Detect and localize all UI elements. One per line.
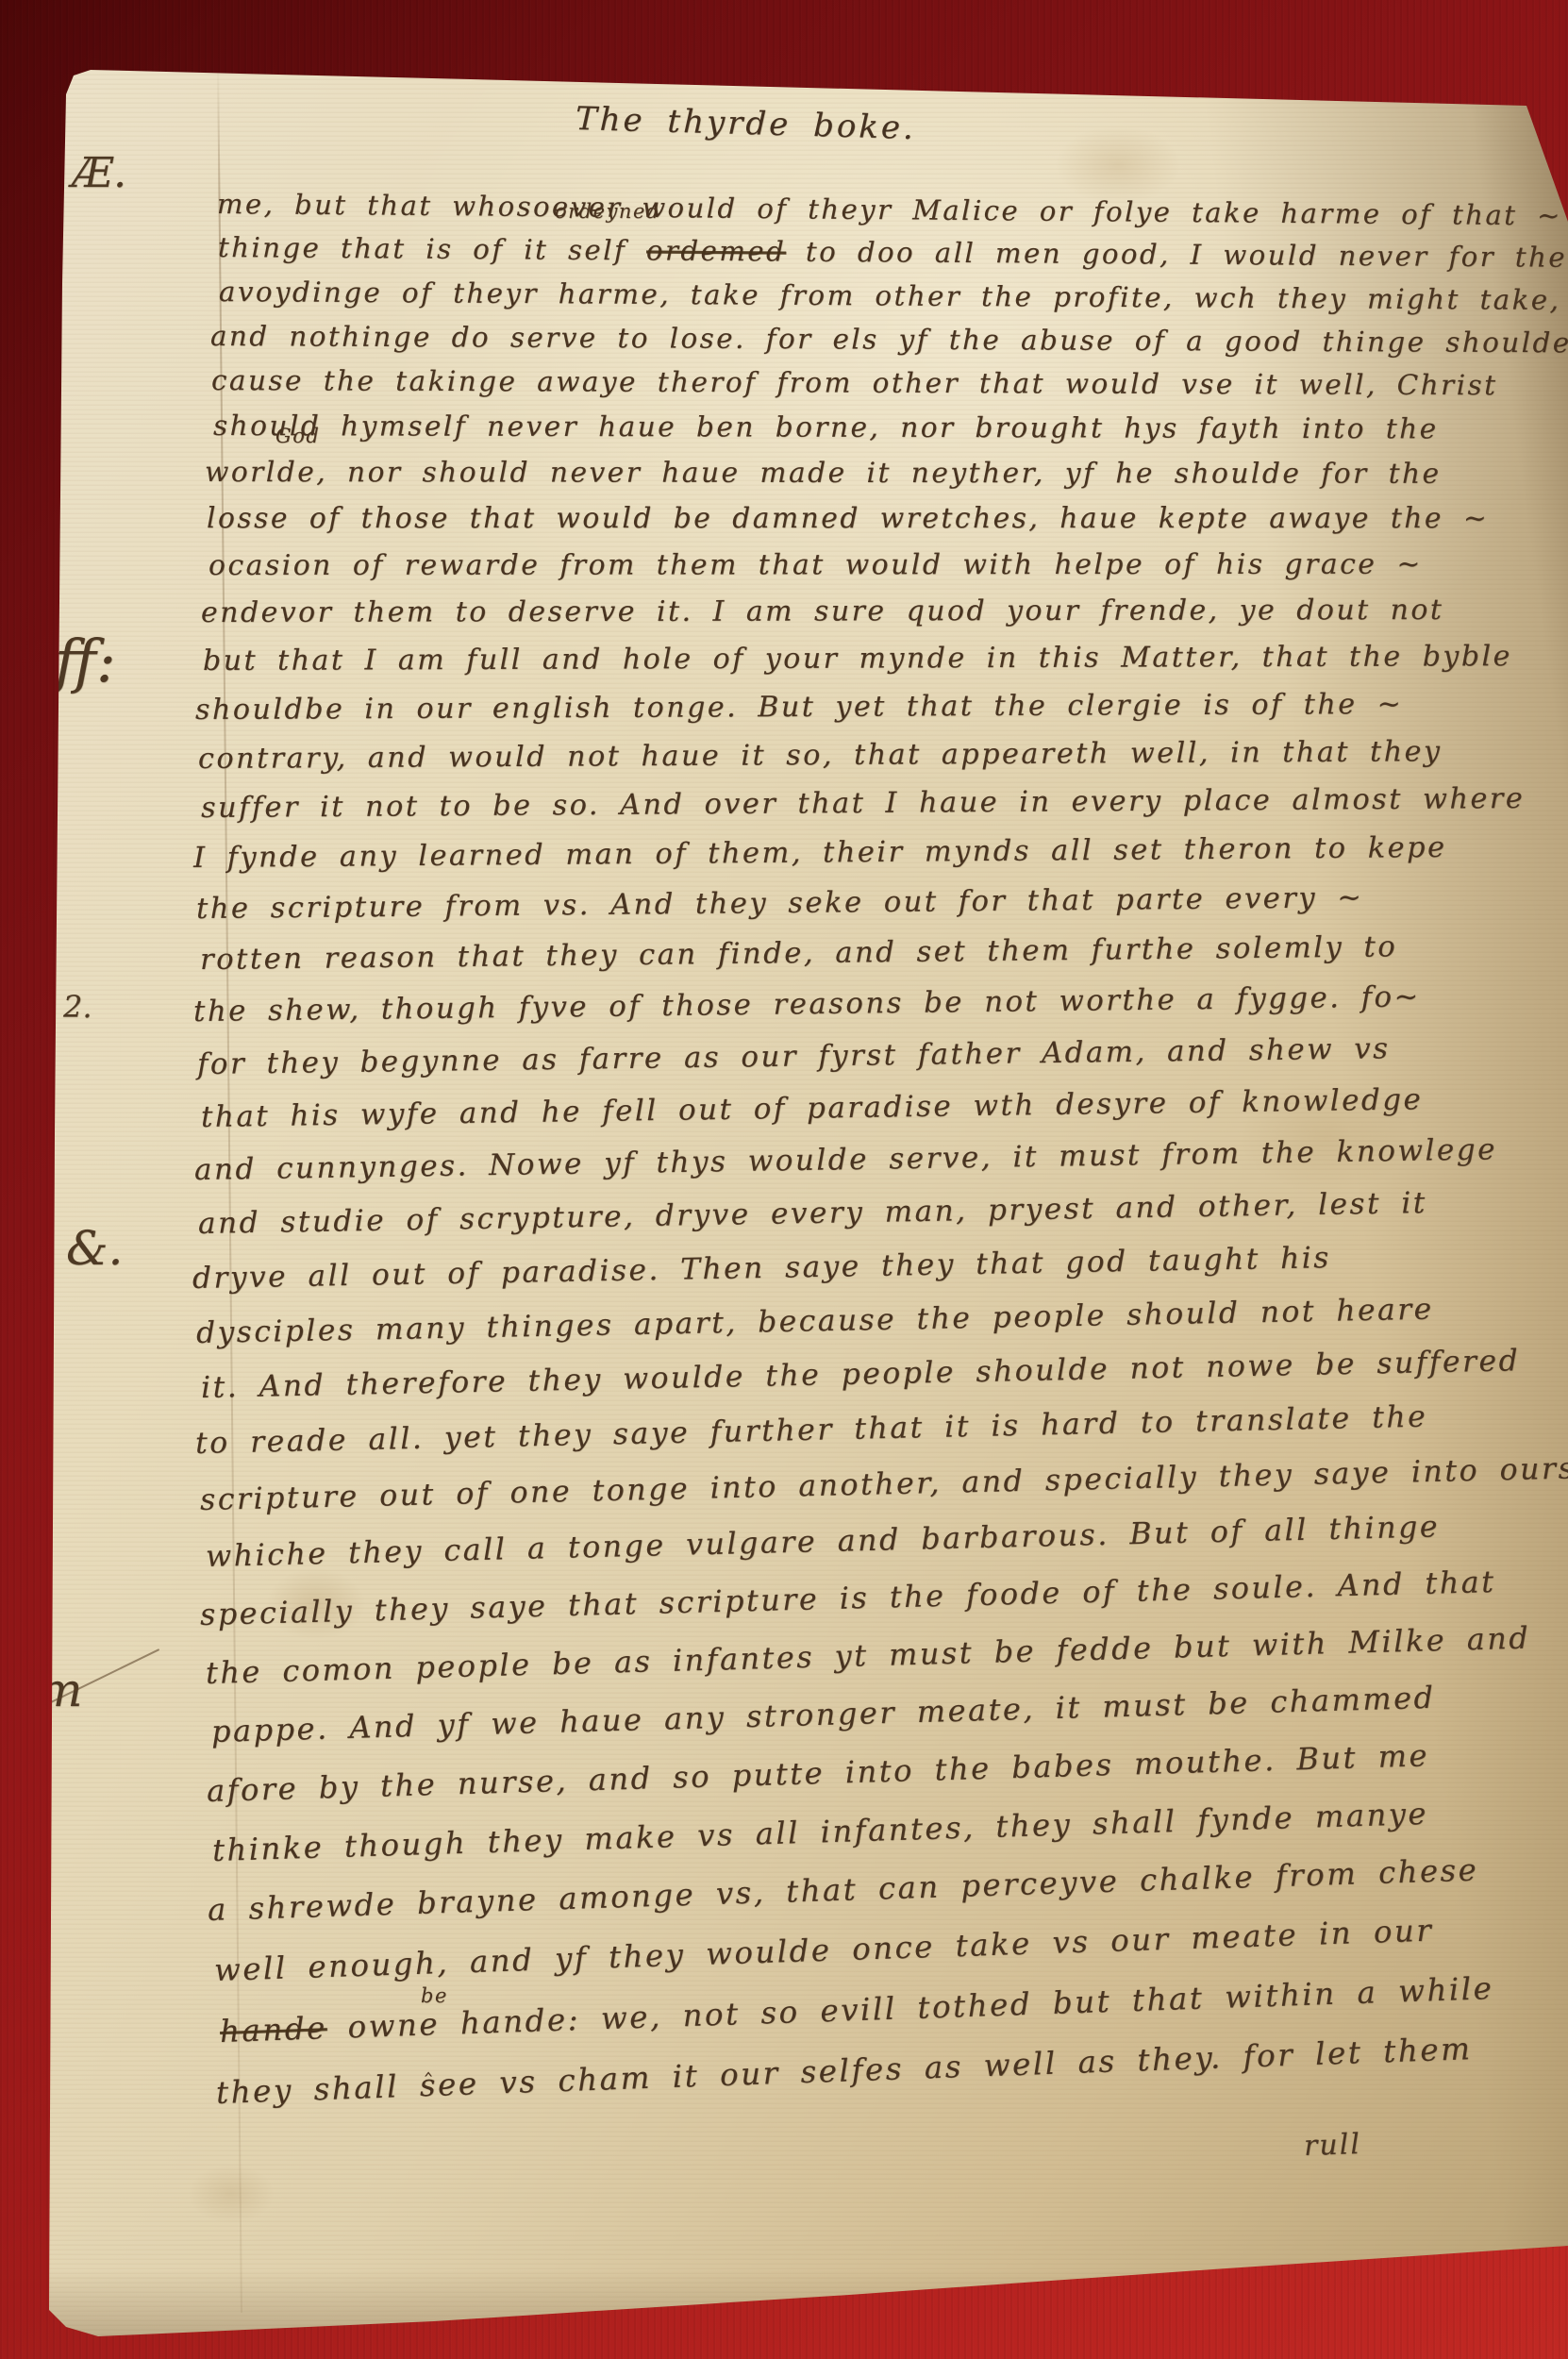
manuscript-line: to reade all. yet they saye further that… — [195, 1400, 1428, 1461]
manuscript-line: whiche they call a tonge vulgare and bar… — [205, 1511, 1440, 1575]
manuscript-line: losse of those that would be damned wret… — [207, 502, 1489, 535]
manuscript-line: the scripture from vs. And they seke out… — [196, 881, 1364, 926]
manuscript-line: worlde, nor should never haue made it ne… — [205, 456, 1442, 490]
manuscript-line: specially they saye that scripture is th… — [200, 1564, 1496, 1632]
manuscript-line: and cunnynges. Nowe yf thys woulde serve… — [194, 1133, 1497, 1188]
manuscript-line: dysciples many thinges apart, because th… — [196, 1292, 1434, 1349]
manuscript-page: The thyrde boke. me, but that whosoever … — [0, 0, 1568, 2359]
manuscript-line: and nothinge do serve to lose. for els y… — [210, 320, 1568, 359]
manuscript-line: I fynde any learned man of them, their m… — [193, 831, 1447, 875]
manuscript-line: endevor them to deserve it. I am sure qu… — [201, 594, 1443, 629]
manuscript-line: should hymself never haue ben borne, nor… — [213, 410, 1439, 444]
manuscript-line: that his wyfe and he fell out of paradis… — [200, 1082, 1423, 1134]
manuscript-line: suffer it not to be so. And over that I … — [201, 782, 1526, 825]
manuscript-line: afore by the nurse, and so putte into th… — [206, 1737, 1429, 1809]
catchword: rull — [1303, 2128, 1361, 2163]
page-header: The thyrde boke. — [575, 100, 916, 147]
interlinear-insertion: God — [275, 425, 320, 447]
insertion-caret: ‸ — [425, 2050, 432, 2077]
manuscript-line: shouldbe in our english tonge. But yet t… — [195, 688, 1403, 727]
manuscript-line: for they begynne as farre as our fyrst f… — [196, 1031, 1390, 1081]
photo-background: The thyrde boke. me, but that whosoever … — [0, 0, 1568, 2359]
manuscript-line: rotten reason that they can finde, and s… — [200, 930, 1398, 977]
margin-mark: Æ. — [72, 149, 126, 197]
manuscript-line: it. And therefore they woulde the people… — [201, 1345, 1521, 1406]
manuscript-line: cause the takinge awaye therof from othe… — [211, 364, 1498, 401]
manuscript-line: dryve all out of paradise. Then saye the… — [192, 1241, 1330, 1296]
manuscript-line: and studie of scrypture, dryve every man… — [198, 1186, 1427, 1241]
interlinear-insertion: ordeyned — [555, 200, 660, 223]
manuscript-line: well enough, and yf they woulde once tak… — [213, 1913, 1433, 1988]
interlinear-insertion: be — [421, 1984, 448, 2007]
manuscript-line: thinke though they make vs all infantes,… — [211, 1796, 1428, 1868]
manuscript-line: the comon people be as infantes yt must … — [205, 1620, 1530, 1691]
manuscript-line: but that I am full and hole of your mynd… — [203, 640, 1512, 678]
manuscript-line: contrary, and would not haue it so, that… — [198, 735, 1443, 776]
manuscript-line: pappe. And yf we haue any stronger meate… — [210, 1680, 1436, 1749]
margin-mark: &. — [66, 1221, 123, 1276]
margin-mark: ff: — [55, 627, 116, 695]
manuscript-line: the shew, though fyve of those reasons b… — [192, 980, 1420, 1029]
margin-mark: o. 2. — [26, 989, 92, 1025]
manuscript-line: thinge that is of it self ordemed to doo… — [218, 231, 1567, 274]
manuscript-line: scripture out of one tonge into another,… — [200, 1451, 1568, 1517]
manuscript-line: avoydinge of theyr harme, take from othe… — [219, 276, 1561, 316]
manuscript-line: me, but that whosoever would of theyr Ma… — [217, 188, 1562, 231]
manuscript-line: ocasion of rewarde from them that would … — [209, 548, 1423, 582]
